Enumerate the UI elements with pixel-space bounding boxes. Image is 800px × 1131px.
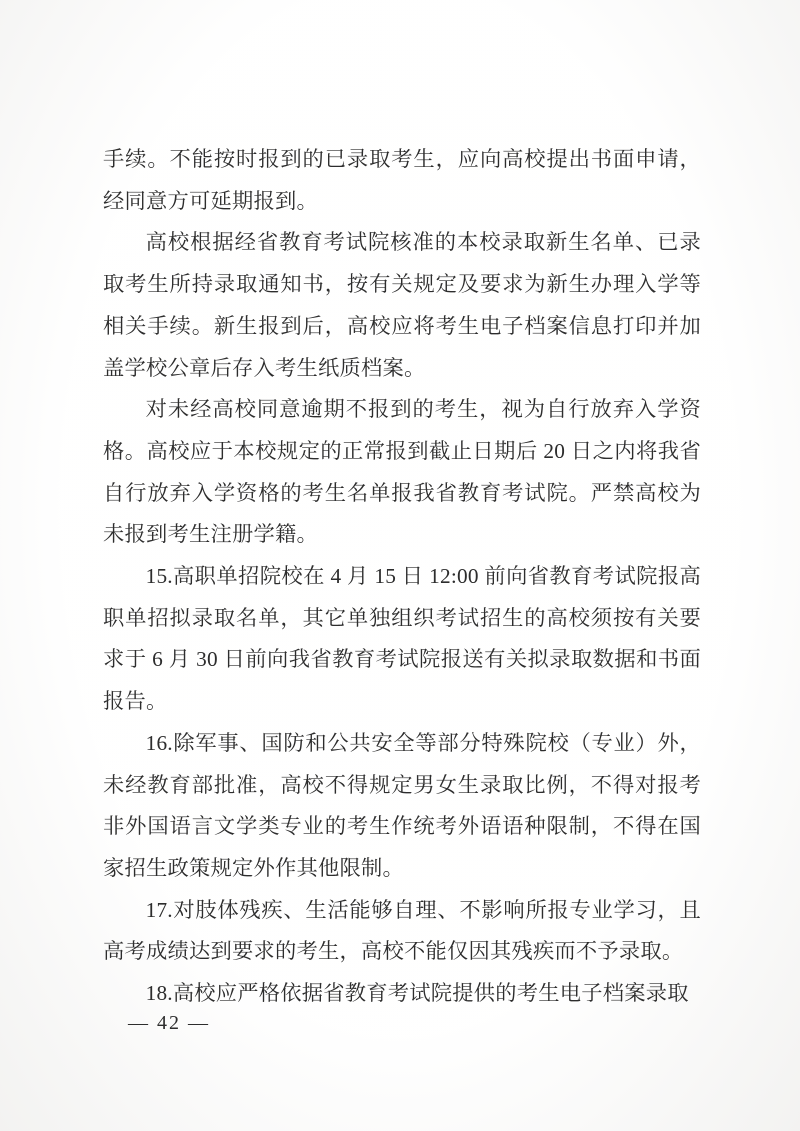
page-footer: — 42 —	[0, 1003, 800, 1043]
page-number: — 42 —	[128, 1003, 210, 1043]
paragraph-item-16: 16.除军事、国防和公共安全等部分特殊院校（专业）外，未经教育部批准，高校不得规…	[103, 723, 701, 890]
paragraph-overdue-report: 对未经高校同意逾期不报到的考生，视为自行放弃入学资格。高校应于本校规定的正常报到…	[103, 389, 701, 556]
document-page: 手续。不能按时报到的已录取考生，应向高校提出书面申请，经同意方可延期报到。 高校…	[0, 0, 800, 1131]
paragraph-item-17: 17.对肢体残疾、生活能够自理、不影响所报专业学习，且高考成绩达到要求的考生，高…	[103, 890, 701, 973]
document-body: 手续。不能按时报到的已录取考生，应向高校提出书面申请，经同意方可延期报到。 高校…	[103, 139, 701, 1015]
paragraph-item-15: 15.高职单招院校在 4 月 15 日 12:00 前向省教育考试院报高职单招拟…	[103, 556, 701, 723]
paragraph-new-student-registration: 高校根据经省教育考试院核准的本校录取新生名单、已录取考生所持录取通知书，按有关规…	[103, 222, 701, 389]
paragraph-continuation: 手续。不能按时报到的已录取考生，应向高校提出书面申请，经同意方可延期报到。	[103, 139, 701, 222]
